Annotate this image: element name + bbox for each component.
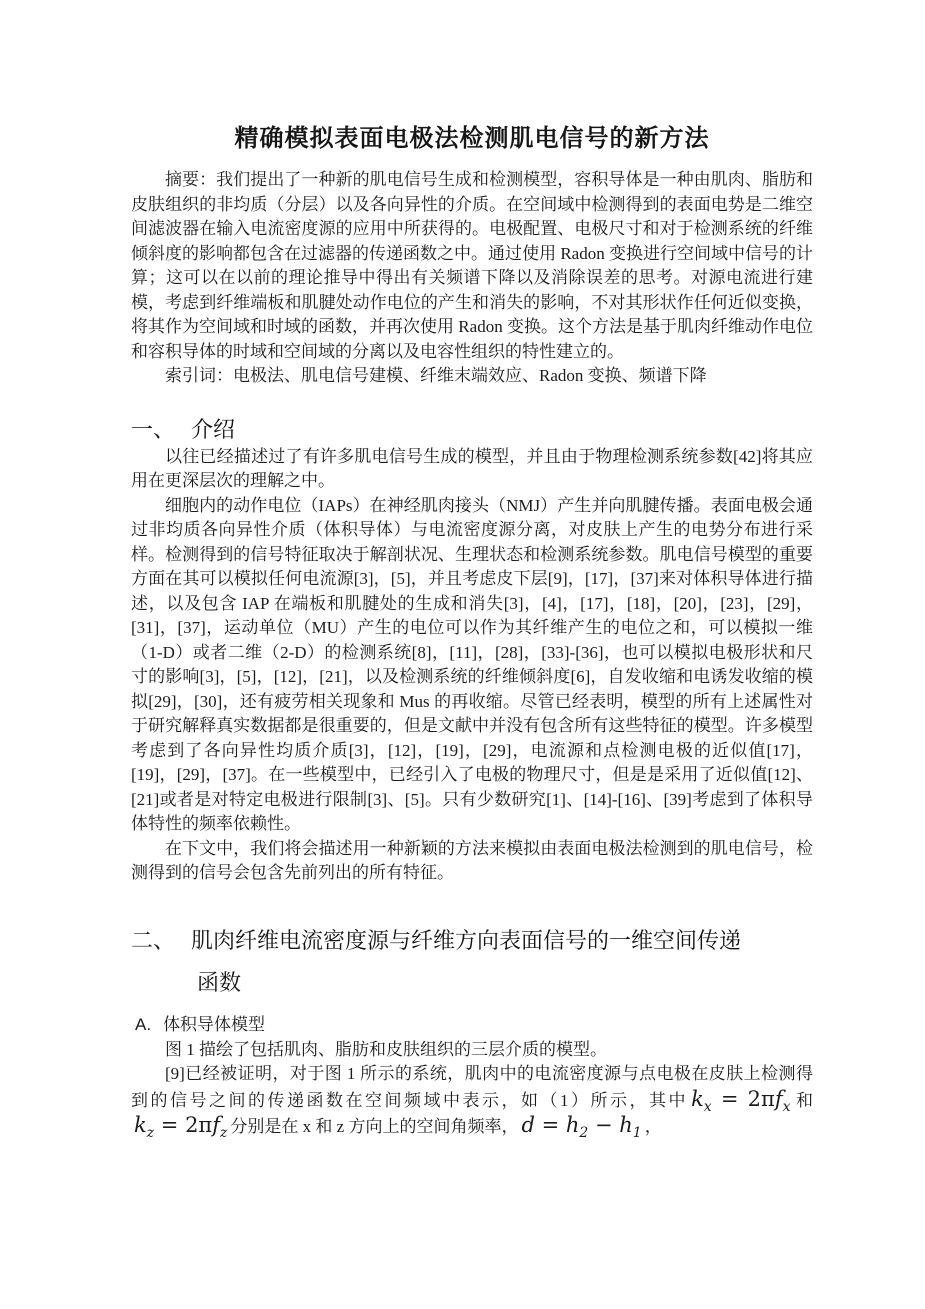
math-var: f xyxy=(212,1113,220,1137)
formula-d: d = h2 − h1 xyxy=(518,1113,644,1137)
math-operator: − xyxy=(588,1113,619,1137)
paragraph-text: 分别是在 x 和 z 方向上的空间角频率， xyxy=(230,1117,518,1136)
subsection-a-heading: A.体积导体模型 xyxy=(135,1012,813,1038)
section-1-paragraph-3: 在下文中，我们将会描述用一种新颖的方法来模拟由表面电极法检测到的肌电信号，检测得… xyxy=(131,837,813,886)
math-subscript: x xyxy=(783,1099,791,1115)
math-var: d xyxy=(521,1113,534,1137)
paragraph-text: 和 xyxy=(794,1091,814,1110)
math-operator: = 2π xyxy=(712,1087,775,1111)
page-title: 精确模拟表面电极法检测肌电信号的新方法 xyxy=(131,122,813,156)
section-2-heading-line1: 二、肌肉纤维电流密度源与纤维方向表面信号的一维空间传递 xyxy=(131,920,813,962)
math-var: k xyxy=(691,1087,704,1111)
paragraph-text: ， xyxy=(645,1117,662,1136)
section-1-paragraph-2: 细胞内的动作电位（IAPs）在神经肌肉接头（NMJ）产生并向肌腱传播。表面电极会… xyxy=(131,494,813,837)
section-2-paragraph-2: [9]已经被证明，对于图 1 所示的系统，肌肉中的电流密度源与点电极在皮肤上检测… xyxy=(131,1062,813,1140)
math-subscript: 1 xyxy=(633,1125,642,1141)
section-2-paragraph-1: 图 1 描绘了包括肌肉、脂肪和皮肤组织的三层介质的模型。 xyxy=(131,1038,813,1063)
math-operator: = xyxy=(535,1113,566,1137)
math-var: f xyxy=(775,1087,783,1111)
math-subscript: 2 xyxy=(579,1125,588,1141)
math-var: h xyxy=(566,1113,580,1137)
math-var: k xyxy=(134,1113,147,1137)
section-1-paragraph-1: 以往已经描述过了有许多肌电信号生成的模型，并且由于物理检测系统参数[42]将其应… xyxy=(131,445,813,494)
subsection-a-label: A. xyxy=(135,1015,151,1034)
section-2-title-part2: 函数 xyxy=(131,962,813,1004)
section-2-number: 二、 xyxy=(131,928,175,953)
math-subscript: z xyxy=(220,1125,227,1141)
section-2-title-part1: 肌肉纤维电流密度源与纤维方向表面信号的一维空间传递 xyxy=(191,928,741,953)
formula-kz: kz = 2πfz xyxy=(131,1113,230,1137)
section-1-number: 一、 xyxy=(131,417,175,442)
document-page: 精确模拟表面电极法检测肌电信号的新方法 摘要：我们提出了一种新的肌电信号生成和检… xyxy=(0,0,925,1309)
keywords-line: 索引词：电极法、肌电信号建模、纤维末端效应、Radon 变换、频谱下降 xyxy=(131,364,813,389)
math-operator: = 2π xyxy=(154,1113,212,1137)
abstract-paragraph: 摘要：我们提出了一种新的肌电信号生成和检测模型，容积导体是一种由肌肉、脂肪和皮肤… xyxy=(131,168,813,364)
section-2-heading: 二、肌肉纤维电流密度源与纤维方向表面信号的一维空间传递 函数 xyxy=(131,920,813,1004)
subsection-a-title: 体积导体模型 xyxy=(163,1015,265,1034)
section-1-heading: 一、介绍 xyxy=(131,415,813,445)
section-1-title: 介绍 xyxy=(191,417,235,442)
math-subscript: x xyxy=(704,1099,712,1115)
formula-kx: kx = 2πfx xyxy=(688,1087,793,1111)
math-var: h xyxy=(619,1113,633,1137)
